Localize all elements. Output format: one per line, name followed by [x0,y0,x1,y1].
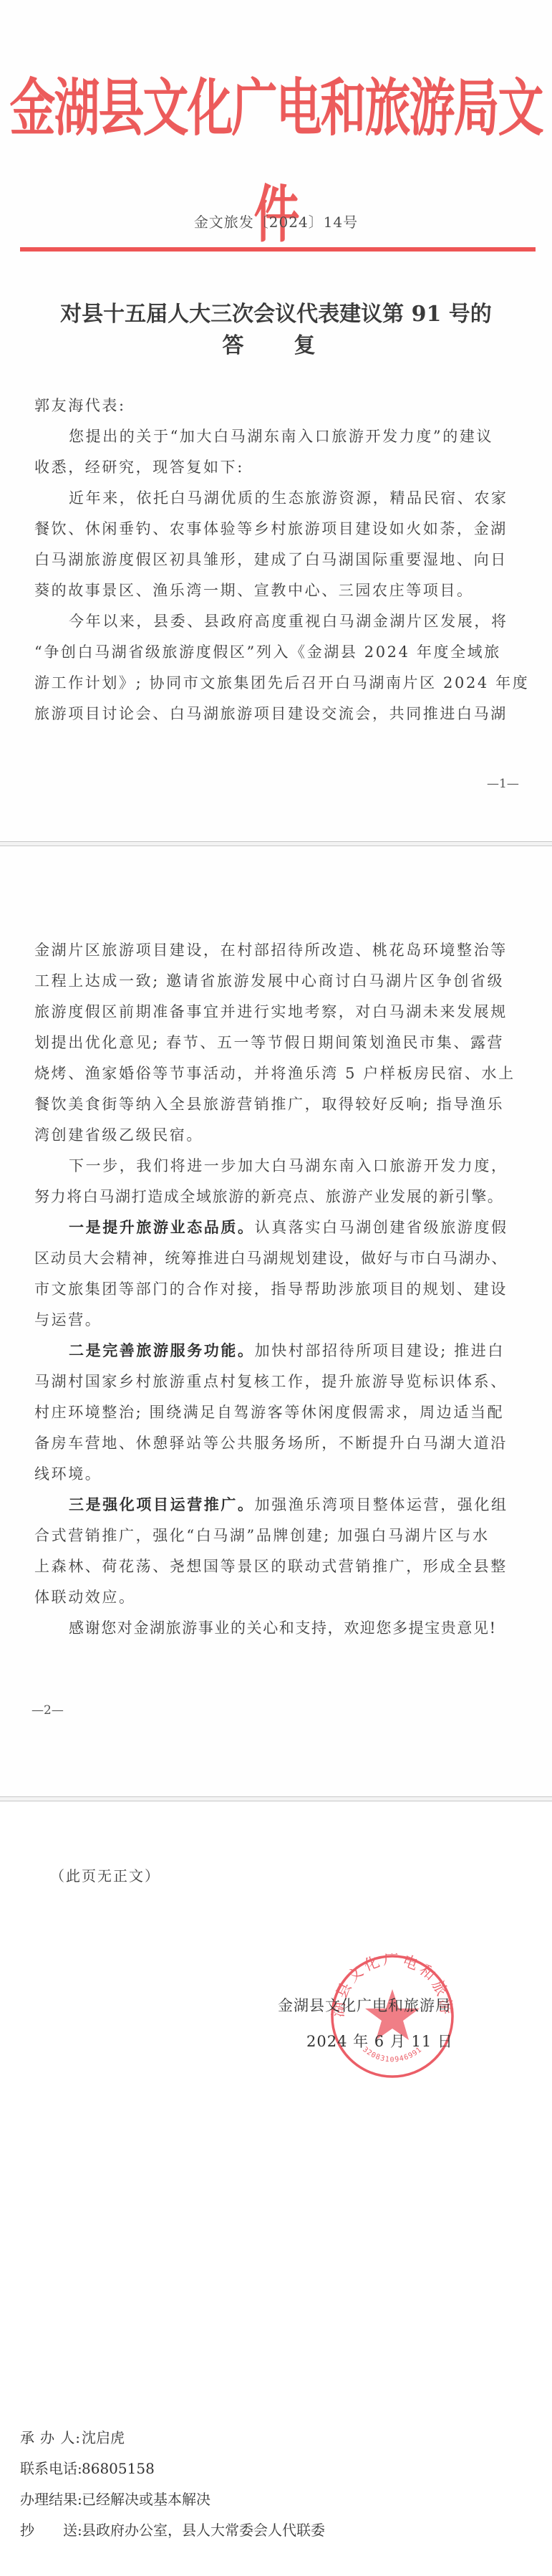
handler-label: 承 办 人: [20,2426,80,2447]
result-value: 已经解决或基本解决 [82,2491,210,2508]
body-line: 市文旅集团等部门的合作对接，指导帮助涉旅项目的规划、建设 [34,1278,521,1300]
reply-title-line-2: 答 复 [0,327,552,359]
body-line: 旅游度假区前期准备事宜并进行实地考察，对白马湖未来发展规 [34,1001,521,1023]
body-line: 努力将白马湖打造成全域旅游的新亮点、旅游产业发展的新引擎。 [34,1186,521,1207]
body-line: 今年以来，县委、县政府高度重视白马湖金湖片区发展，将 [69,611,521,632]
body-line: 体联动效应。 [34,1586,521,1608]
body-line-with-heading: 一是提升旅游业态品质。认真落实白马湖创建省级旅游度假 [69,1217,521,1238]
document-number: 金文旅发〔2024〕14号 [0,211,552,231]
body-line: 游工作计划》; 协同市文旅集团先后召开白马湖南片区 2024 年度 [34,672,521,694]
body-line: 划提出优化意见; 春节、五一等节假日期间策划渔民市集、露营 [34,1032,521,1053]
body-line: 村庄环境整治; 围绕满足自驾游客等休闲度假需求，周边适当配 [34,1402,521,1423]
page-number-1: —1— [487,777,519,791]
page-number-2: —2— [32,1703,64,1718]
body-line: 备房车营地、休憩驿站等公共服务场所，不断提升白马湖大道沿 [34,1432,521,1454]
result-label: 办理结果: [20,2488,80,2509]
body-line: 旅游项目讨论会、白马湖旅游项目建设交流会，共同推进白马湖 [34,703,521,724]
signature-organization: 金湖县文化广电和旅游局 [278,1994,451,2016]
footer-phone: 联系电话:86805158 [20,2457,155,2478]
body-line: 上森林、荷花荡、尧想国等景区的联动式营销推广，形成全县整 [34,1556,521,1577]
body-line: 近年来，依托白马湖优质的生态旅游资源，精品民宿、农家 [69,487,521,509]
body-line-with-heading: 三是强化项目运营推广。加强渔乐湾项目整体运营，强化组 [69,1494,521,1516]
body-line: 收悉，经研究，现答复如下: [34,456,521,478]
page-separator [0,841,552,846]
body-line: 烧烤、渔家婚俗等节事活动，并将渔乐湾 5 户样板房民宿、水上 [34,1063,521,1084]
heading-second: 二是完善旅游服务功能。 [69,1341,255,1359]
body-line: 线环境。 [34,1463,521,1485]
red-divider-line [20,247,536,252]
body-line: 与运营。 [34,1309,521,1331]
body-line: 餐饮、休闲垂钓、农事体验等乡村旅游项目建设如火如荼，金湖 [34,518,521,540]
closing-line: 感谢您对金湖旅游事业的关心和支持，欢迎您多提宝贵意见! [69,1617,521,1639]
body-line: “争创白马湖省级旅游度假区”列入《金湖县 2024 年度全域旅 [34,641,521,663]
page-1: 金湖县文化广电和旅游局文件 金文旅发〔2024〕14号 对县十五届人大三次会议代… [0,0,552,842]
body-line: 白马湖旅游度假区初具雏形，建成了白马湖国际重要湿地、向日 [34,549,521,570]
body-line: 餐饮美食街等纳入全县旅游营销推广，取得较好反响; 指导渔乐 [34,1093,521,1115]
phone-label: 联系电话: [20,2457,80,2478]
body-text: 认真落实白马湖创建省级旅游度假 [255,1219,508,1236]
reply-title-line-1: 对县十五届人大三次会议代表建议第 91 号的 [0,296,552,327]
heading-third: 三是强化项目运营推广。 [69,1495,255,1513]
cc-value: 县政府办公室，县人大常委会人代联委 [82,2522,325,2539]
body-line: 葵的故事景区、渔乐湾一期、宣教中心、三园农庄等项目。 [34,580,521,601]
body-line: 工程上达成一致; 邀请省旅游发展中心商讨白马湖片区争创省级 [34,970,521,992]
handler-value: 沈启虎 [82,2429,125,2446]
body-line: 您提出的关于“加大白马湖东南入口旅游开发力度”的建议 [69,426,521,447]
body-line: 下一步，我们将进一步加大白马湖东南入口旅游开发力度， [69,1155,521,1177]
footer-handler: 承 办 人:沈启虎 [20,2426,125,2447]
no-body-note: （此页无正文） [50,1864,160,1885]
body-line: 合式营销推广，强化“白马湖”品牌创建; 加强白马湖片区与水 [34,1525,521,1546]
phone-value: 86805158 [82,2460,155,2477]
salutation: 郭友海代表: [34,395,521,416]
page-separator [0,1796,552,1801]
issuer-red-title: 金湖县文化广电和旅游局文件 [0,56,552,269]
official-seal-icon: 金湖县文化广电和旅游局 3208310946991 [329,1953,455,2079]
body-text: 加强渔乐湾项目整体运营，强化组 [255,1496,508,1513]
heading-first: 一是提升旅游业态品质。 [69,1218,255,1236]
body-line: 马湖村国家乡村旅游重点村复核工作，提升旅游导览标识体系、 [34,1371,521,1392]
body-line: 金湖片区旅游项目建设，在村部招待所改造、桃花岛环境整治等 [34,939,521,961]
body-line: 湾创建省级乙级民宿。 [34,1124,521,1146]
footer-result: 办理结果:已经解决或基本解决 [20,2488,210,2509]
signature-date: 2024 年 6 月 11 日 [306,2030,453,2051]
body-line: 区动员大会精神，统筹推进白马湖规划建设，做好与市白马湖办、 [34,1248,521,1269]
footer-cc: 抄 送:县政府办公室，县人大常委会人代联委 [20,2519,325,2539]
body-line-with-heading: 二是完善旅游服务功能。加快村部招待所项目建设; 推进白 [69,1340,521,1361]
body-text: 加快村部招待所项目建设; 推进白 [255,1342,505,1359]
cc-label: 抄 送: [20,2519,80,2539]
